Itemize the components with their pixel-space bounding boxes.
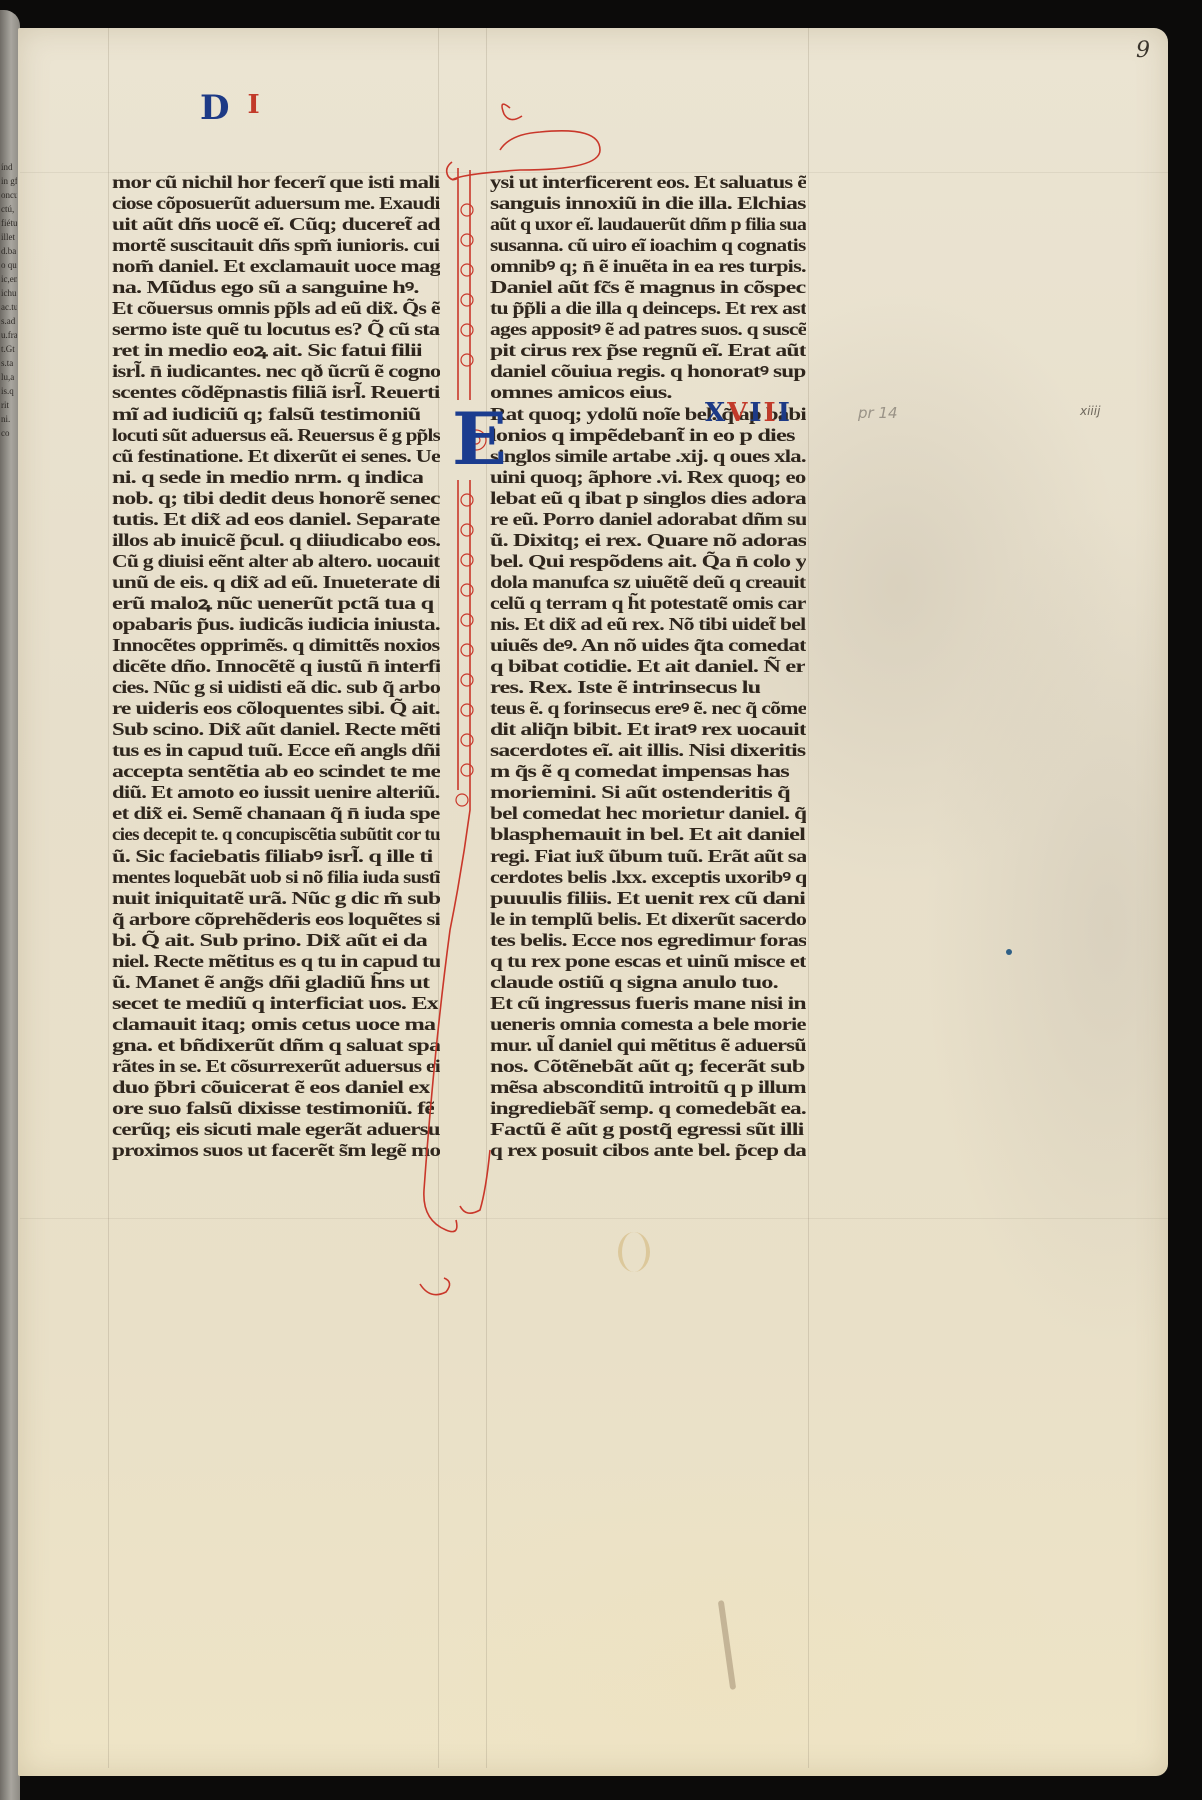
text-line: ingrediebãt̃ semp. q comedebãt ea. [490,1098,806,1119]
text-line: nom̃ daniel. Et exclamauit uoce mag [112,256,440,277]
text-line: omnes amicos eius. [490,382,672,403]
text-line: tes belis. Ecce nos egredimur foras [490,930,806,951]
text-line: cerũq; eis sicuti male egerãt aduersu [112,1119,440,1140]
text-line: uini quoq; ãphore .vi. Rex quoq; eo [490,467,806,488]
text-line: ũ. Sic faciebatis filiabꝰ isrl̃. q ille … [112,846,433,867]
verso-text-line: rit [1,398,17,412]
text-line: mẽsa absconditũ introitũ q p illum [490,1077,806,1098]
running-header: DI [200,88,278,128]
text-line: proximos suos ut facerẽt s̃m legẽ mo [112,1140,440,1161]
verso-page-edge: índin gfeoncuctú,fiétuilletd.bao queic,e… [0,10,20,1800]
text-column-left: mor cũ nichil hor fecerĩ que isti malici… [112,172,442,1161]
chapter-number-part: V [727,398,749,428]
text-line: singlos simile artabe .xij. q oues xla. [490,446,806,467]
text-line: re uideris eos cõloquentes sibi. Q̃ ait. [112,698,440,719]
verso-text-line: ac.tu [1,300,17,314]
text-line: Et cũ ingressus fueris mane nisi in [490,993,806,1014]
text-line: re eũ. Porro daniel adorabat dñm su [490,509,806,530]
text-line: mor cũ nichil hor fecerĩ que isti mali [112,172,440,193]
text-line: rãtes in se. Et cõsurrexerũt aduersus ei [112,1056,440,1077]
text-line: bel comedat hec morietur daniel. q̃ [490,803,806,824]
text-line: daniel cõuiua regis. q honoratꝰ sup [490,361,806,382]
text-line: accepta sentẽtia ab eo scindet te me [112,761,440,782]
text-line: diũ. Et amoto eo iussit uenire alteriũ. [112,782,440,803]
text-line: bel. Qui respõdens ait. Q̃a n̄ colo y [490,551,806,572]
text-line: ages appositꝰ ẽ ad patres suos. q suscẽ [490,319,806,340]
verso-text-line: t.Gt [1,342,17,356]
verso-text-line: oncu [1,188,17,202]
text-line: cũ festinatione. Et dixerũt ei senes. Ue [112,446,440,467]
text-line: mentes loquebãt uob si nõ filia iuda sus… [112,867,440,888]
ruling-line [20,1218,1168,1219]
text-line: dicẽte dño. Innocẽtẽ q iustũ n̄ interfi [112,656,440,677]
running-header-letter-red: I [247,90,277,120]
text-line: na. Mũdus ego sũ a sanguine hꝰ. [112,277,419,298]
text-line: ũ. Dixitq; ei rex. Quare nõ adoras [490,530,806,551]
text-line: sermo iste quẽ tu locutus es? Q̃ cũ sta [112,319,440,340]
text-line: Cũ g diuisi eẽnt alter ab altero. uocaui… [112,551,440,572]
verso-text-line: o que [1,258,17,272]
text-line: m q̃s ẽ q comedat impensas has [490,761,790,782]
verso-text-line: s.ta [1,356,17,370]
ink-speck [1006,949,1012,955]
text-line: cies. Nũc g si uidisti eã dic. sub q̃ ar… [112,677,440,698]
text-line: unũ de eis. q dix̃ ad eũ. Inueterate di [112,572,440,593]
text-line: blasphemauit in bel. Et ait daniel [490,824,805,845]
text-line: ni. q sede in medio nrm. q indica [112,467,423,488]
text-line: Sub scino. Dix̃ aũt daniel. Recte mẽti [112,719,440,740]
text-line: regi. Fiat iux̃ ũbum tuũ. Erãt aũt sa [490,846,806,867]
text-line: nos. Cõtẽnebãt aũt q; fecerãt sub [490,1056,805,1077]
verso-text-line: ctú, [1,202,17,216]
text-line: tus es in capud tuũ. Ecce eñ angls dñi [112,740,440,761]
marginal-note-pencil: pr 14 [858,404,898,422]
text-line: moriemini. Si aũt ostenderitis q̃ [490,782,790,803]
chapter-number: XVIII [705,398,792,428]
verso-text: índin gfeoncuctú,fiétuilletd.bao queic,e… [1,160,17,440]
text-line: isrl̃. n̄ iudicantes. nec qð ũcrũ ẽ cogn… [112,361,440,382]
ruling-line [486,28,487,1768]
verso-text-line: is.q [1,384,17,398]
text-line: q bibat cotidie. Et ait daniel. Ñ er [490,656,805,677]
chapter-number-part: I [778,398,792,428]
text-line: Et cõuersus omnis pp̃ls ad eũ dix̃. Q̃s … [112,298,440,319]
verso-text-line: lu,a [1,370,17,384]
text-line: duo p̃bri cõuicerat ẽ eos daniel ex [112,1077,430,1098]
text-line: secet te mediũ q interficiat uos. Ex [112,993,438,1014]
verso-text-line: fiétu [1,216,17,230]
ruling-line [808,28,809,1768]
verso-text-line: u.fra [1,328,17,342]
text-line: ore suo falsũ dixisse testimoniũ. fẽ [112,1098,434,1119]
text-line: uit aũt dñs uocẽ eĩ. Cũq; duceret̃ ad [112,214,440,235]
verso-text-line: s.ad [1,314,17,328]
verso-text-line: co [1,426,17,440]
text-line: dit aliq̃n bibit. Et iratꝰ rex uocauit [490,719,806,740]
text-line: Daniel aũt fc̃s ẽ magnus in cõspec [490,277,806,298]
text-line: tu p̃p̃li a die illa q deinceps. Et rex … [490,298,806,319]
text-line: et dix̃ ei. Semẽ chanaan q̃ n̄ iuda spe [112,803,440,824]
verso-text-line: ichu [1,286,17,300]
text-line: bi. Q̃ ait. Sub prino. Dix̃ aũt ei da [112,930,427,951]
text-line: niel. Recte mẽtitus es q tu in capud tu [112,951,440,972]
text-line: le in templũ belis. Et dixerũt sacerdo [490,909,806,930]
text-line: clamauit itaq; omis cetus uoce ma [112,1014,435,1035]
text-line: claude ostiũ q signa anulo tuo. [490,972,778,993]
running-header-letter-blue: D [200,88,247,128]
verso-text-line: índ [1,160,17,174]
text-line: ũ. Manet ẽ ang̃s dñi gladiũ h̃ns ut [112,972,430,993]
text-line: mĩ ad iudiciũ q; falsũ testimoniũ [112,404,420,425]
decorated-initial-e: E [452,404,496,474]
text-line: cies decepit te. q concupiscẽtia subũtit… [112,824,440,845]
text-line: nuit iniquitatẽ urã. Nũc g dic m̃ sub [112,888,440,909]
text-line: pit cirus rex p̃se regnũ eĩ. Erat aũt [490,340,806,361]
folio-number: 9 [1136,38,1150,63]
text-line: q tu rex pone escas et uinũ misce et [490,951,806,972]
text-line: scentes cõdẽpnastis filiã isrl̃. Reuerti [112,382,440,403]
text-line: res. Rex. Iste ẽ intrinsecus lu [490,677,760,698]
text-line: Factũ ẽ aũt g postq̃ egressi sũt illi [490,1119,804,1140]
verso-text-line: ic,en [1,272,17,286]
text-line: ret in medio eoꝝ ait. Sic fatui filii [112,340,421,361]
text-line: nob. q; tibi dedit deus honorẽ senec [112,488,440,509]
text-line: mortẽ suscitauit dñs spm̃ iunioris. cui [112,235,440,256]
verso-text-line: ni. [1,412,17,426]
text-column-right: ysi ut interficerent eos. Et saluatus ẽs… [490,172,806,1161]
text-line: tutis. Et dix̃ ad eos daniel. Separate [112,509,440,530]
verso-text-line: illet [1,230,17,244]
text-line: sanguis innoxiũ in die illa. Elchias [490,193,806,214]
text-line: nis. Et dix̃ ad eũ rex. Nõ tibi uidet̃ b… [490,614,806,635]
chapter-number-part: I [764,398,778,428]
text-line: aũt q uxor eĩ. laudauerũt dñm p filia su… [490,214,806,235]
text-line: susanna. cũ uiro eĩ ioachim q cognatis [490,235,806,256]
text-line: q rex posuit cibos ante bel. p̃cep da [490,1140,806,1161]
text-line: q̃ arbore cõprehẽderis eos loquẽtes si [112,909,440,930]
text-line: illos ab inuicẽ p̃cul. q diiudicabo eos. [112,530,440,551]
verso-text-line: in gfe [1,174,17,188]
text-line: sacerdotes eĩ. ait illis. Nisi dixeritis [490,740,806,761]
text-line: omnibꝰ q; n̄ ẽ inuẽta in ea res turpis. [490,256,806,277]
text-line: ysi ut interficerent eos. Et saluatus ẽ [490,172,806,193]
stain [618,1232,650,1272]
text-line: erũ maloꝝ nũc uenerũt pctã tua q [112,593,434,614]
text-line: mur. ul̃ daniel qui mẽtitus ẽ aduersũ [490,1035,806,1056]
marginal-note-roman: xiiij [1080,404,1100,418]
text-line: cerdotes belis .lxx. exceptis uxoribꝰ q [490,867,806,888]
text-line: dola manufca sz uiuẽtẽ deũ q creauit [490,572,806,593]
ruling-line [108,28,109,1768]
text-line: locuti sũt aduersus eã. Reuersus ẽ g pp̃… [112,425,440,446]
text-line: lebat eũ q ibat p singlos dies adora [490,488,806,509]
text-line: ciose cõposuerũt aduersum me. Exaudi [112,193,440,214]
text-line: Innocẽtes opprimẽs. q dimittẽs noxios [112,635,440,656]
text-line: teus ẽ. q forinsecus ereꝰ ẽ. nec q̃ cõme [490,698,806,719]
chapter-number-part: X [705,398,727,428]
text-line: opabaris p̃us. iudicãs iudicia iniusta. [112,614,440,635]
text-line: gna. et bñdixerũt dñm q saluat spa [112,1035,440,1056]
chapter-number-part: I [749,398,763,428]
verso-text-line: d.ba [1,244,17,258]
text-line: puuulis filiis. Et uenit rex cũ dani [490,888,805,909]
text-line: celũ q terram q h̃t potestatẽ omis car [490,593,806,614]
text-line: uiuẽs deꝰ. An nõ uides q̃ta comedat [490,635,806,656]
text-line: ueneris omnia comesta a bele morie [490,1014,806,1035]
